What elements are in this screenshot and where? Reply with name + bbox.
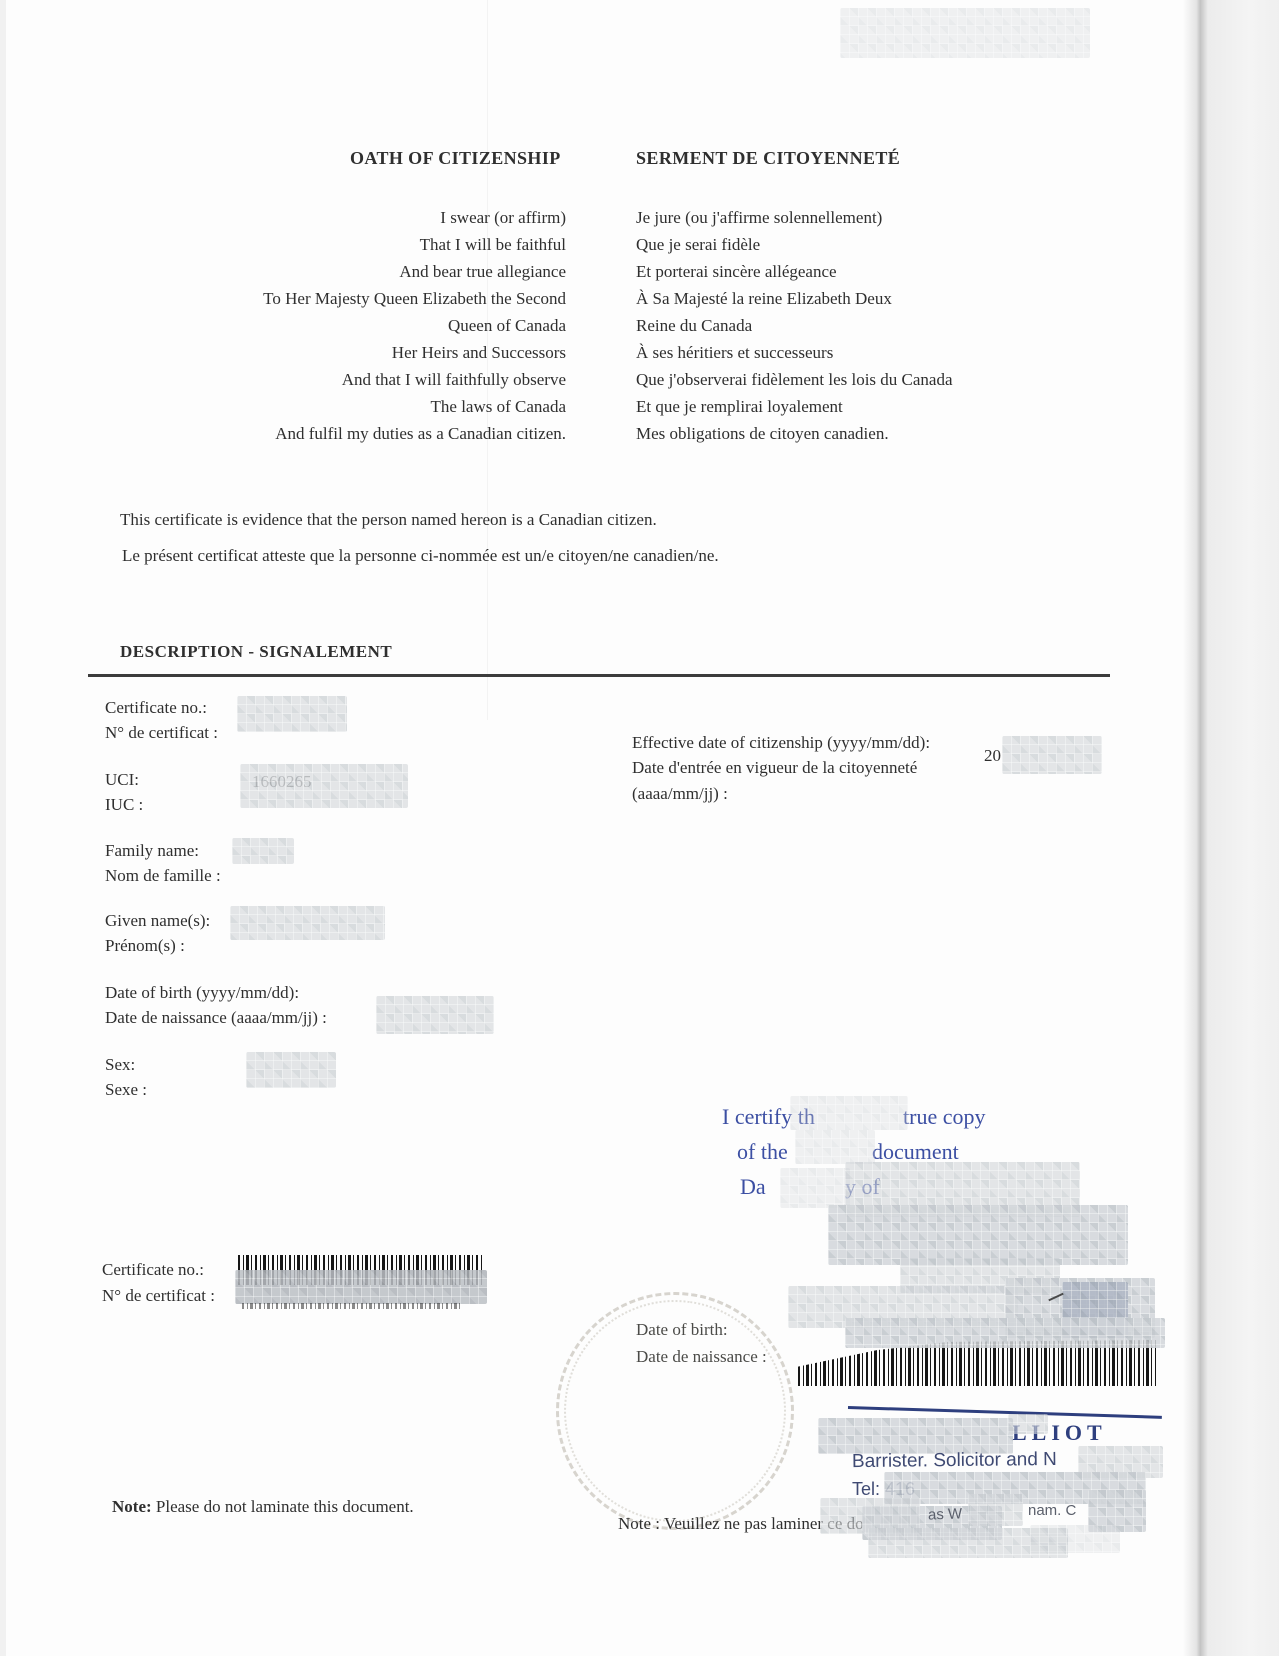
- field-dob-label-fr: Date de naissance (aaaa/mm/jj) :: [105, 1008, 327, 1028]
- field-uci-label-fr: IUC :: [105, 795, 143, 815]
- certify-stamp-line2-a: of the: [737, 1139, 788, 1165]
- statement-en: This certificate is evidence that the pe…: [120, 510, 657, 530]
- oath-en-line: And fulfil my duties as a Canadian citiz…: [120, 420, 566, 447]
- section-rule: [88, 674, 1110, 677]
- oath-text-en: I swear (or affirm) That I will be faith…: [120, 204, 566, 447]
- certify-stamp-line3-a: Da: [740, 1174, 766, 1200]
- field-family-name-label-en: Family name:: [105, 841, 199, 861]
- notary-underline: [848, 1406, 1162, 1419]
- bottom-certificate-no-label-en: Certificate no.:: [102, 1260, 204, 1280]
- redaction-given-names: [230, 906, 385, 940]
- oath-text-fr: Je jure (ou j'affirme solennellement) Qu…: [636, 204, 953, 447]
- field-family-name-label-fr: Nom de famille :: [105, 866, 221, 886]
- certify-stamp-line1-b: true copy: [903, 1104, 985, 1130]
- field-effective-date-partial-value: 20: [984, 746, 1001, 766]
- oath-title-fr: SERMENT DE CITOYENNETÉ: [636, 148, 900, 170]
- redaction-signature-2: [828, 1205, 1128, 1265]
- field-effective-date-label-en: Effective date of citizenship (yyyy/mm/d…: [632, 733, 930, 753]
- field-effective-date-label-fr2: (aaaa/mm/jj) :: [632, 784, 728, 804]
- field-certificate-no-label-en: Certificate no.:: [105, 698, 207, 718]
- oath-title-en: OATH OF CITIZENSHIP: [350, 148, 561, 170]
- oath-en-line: To Her Majesty Queen Elizabeth the Secon…: [120, 285, 566, 312]
- oath-fr-line: Et que je remplirai loyalement: [636, 393, 953, 420]
- bottom-dob-label-fr: Date de naissance :: [636, 1347, 767, 1367]
- oath-fr-line: À ses héritiers et successeurs: [636, 339, 953, 366]
- oath-en-line: Her Heirs and Successors: [120, 339, 566, 366]
- redaction-notary-name-2: [1008, 1414, 1048, 1434]
- redaction-stamp-3: [780, 1168, 850, 1208]
- redaction-certificate-no: [237, 696, 347, 732]
- field-uci-label-en: UCI:: [105, 770, 139, 790]
- field-given-names-label-fr: Prénom(s) :: [105, 936, 185, 956]
- address-fragment-a: as W: [928, 1505, 963, 1524]
- field-sex-label-fr: Sexe :: [105, 1080, 147, 1100]
- redaction-top-right: [840, 8, 1090, 58]
- note-en-label: Note:: [112, 1497, 152, 1516]
- address-fragment-b: nam. C: [1028, 1502, 1076, 1520]
- bottom-certificate-no-label-fr: N° de certificat :: [102, 1286, 215, 1306]
- oath-en-line: And bear true allegiance: [120, 258, 566, 285]
- description-heading: DESCRIPTION - SIGNALEMENT: [120, 642, 392, 662]
- oath-fr-line: Que j'observerai fidèlement les lois du …: [636, 366, 953, 393]
- page-edge-left: [0, 0, 6, 1656]
- field-given-names-label-en: Given name(s):: [105, 911, 210, 931]
- redaction-notary-name: [818, 1418, 1013, 1454]
- oath-fr-line: À Sa Majesté la reine Elizabeth Deux: [636, 285, 953, 312]
- redaction-family-name: [232, 838, 294, 864]
- field-certificate-no-label-fr: N° de certificat :: [105, 723, 218, 743]
- redaction-dob-barcode-top: [845, 1318, 1165, 1348]
- redaction-dob: [376, 996, 494, 1034]
- oath-fr-line: Que je serai fidèle: [636, 231, 953, 258]
- bottom-dob-label-en: Date of birth:: [636, 1320, 728, 1340]
- redaction-stamp-1: [790, 1096, 908, 1130]
- oath-en-line: I swear (or affirm): [120, 204, 566, 231]
- note-en: Note: Please do not laminate this docume…: [112, 1497, 414, 1517]
- redaction-sex: [246, 1052, 336, 1088]
- oath-fr-line: Et porterai sincère allégeance: [636, 258, 953, 285]
- oath-en-line: Queen of Canada: [120, 312, 566, 339]
- statement-fr: Le présent certificat atteste que la per…: [122, 546, 719, 566]
- oath-fr-line: Je jure (ou j'affirme solennellement): [636, 204, 953, 231]
- certificate-no-barcode-bottom-edge: [242, 1303, 460, 1309]
- redaction-effective-date: [1002, 736, 1102, 774]
- redaction-uci: [240, 764, 408, 808]
- redaction-certificate-no-barcode: [235, 1270, 487, 1304]
- embossed-seal: [541, 1277, 810, 1546]
- oath-fr-line: Reine du Canada: [636, 312, 953, 339]
- field-effective-date-label-fr: Date d'entrée en vigueur de la citoyenne…: [632, 758, 917, 778]
- redaction-stamp-2: [795, 1130, 875, 1164]
- redaction-address-2: [968, 1494, 1023, 1526]
- redaction-address-5: [1030, 1525, 1120, 1553]
- oath-en-line: And that I will faithfully observe: [120, 366, 566, 393]
- notary-title-fragment: Barrister. Solicitor and N: [852, 1449, 1057, 1474]
- field-dob-label-en: Date of birth (yyyy/mm/dd):: [105, 983, 299, 1003]
- citizenship-certificate-scan: OATH OF CITIZENSHIP SERMENT DE CITOYENNE…: [0, 0, 1279, 1656]
- oath-fr-line: Mes obligations de citoyen canadien.: [636, 420, 953, 447]
- oath-en-line: That I will be faithful: [120, 231, 566, 258]
- note-en-text: Please do not laminate this document.: [152, 1497, 414, 1516]
- page-edge-shadow: [1183, 0, 1279, 1656]
- oath-en-line: The laws of Canada: [120, 393, 566, 420]
- field-sex-label-en: Sex:: [105, 1055, 135, 1075]
